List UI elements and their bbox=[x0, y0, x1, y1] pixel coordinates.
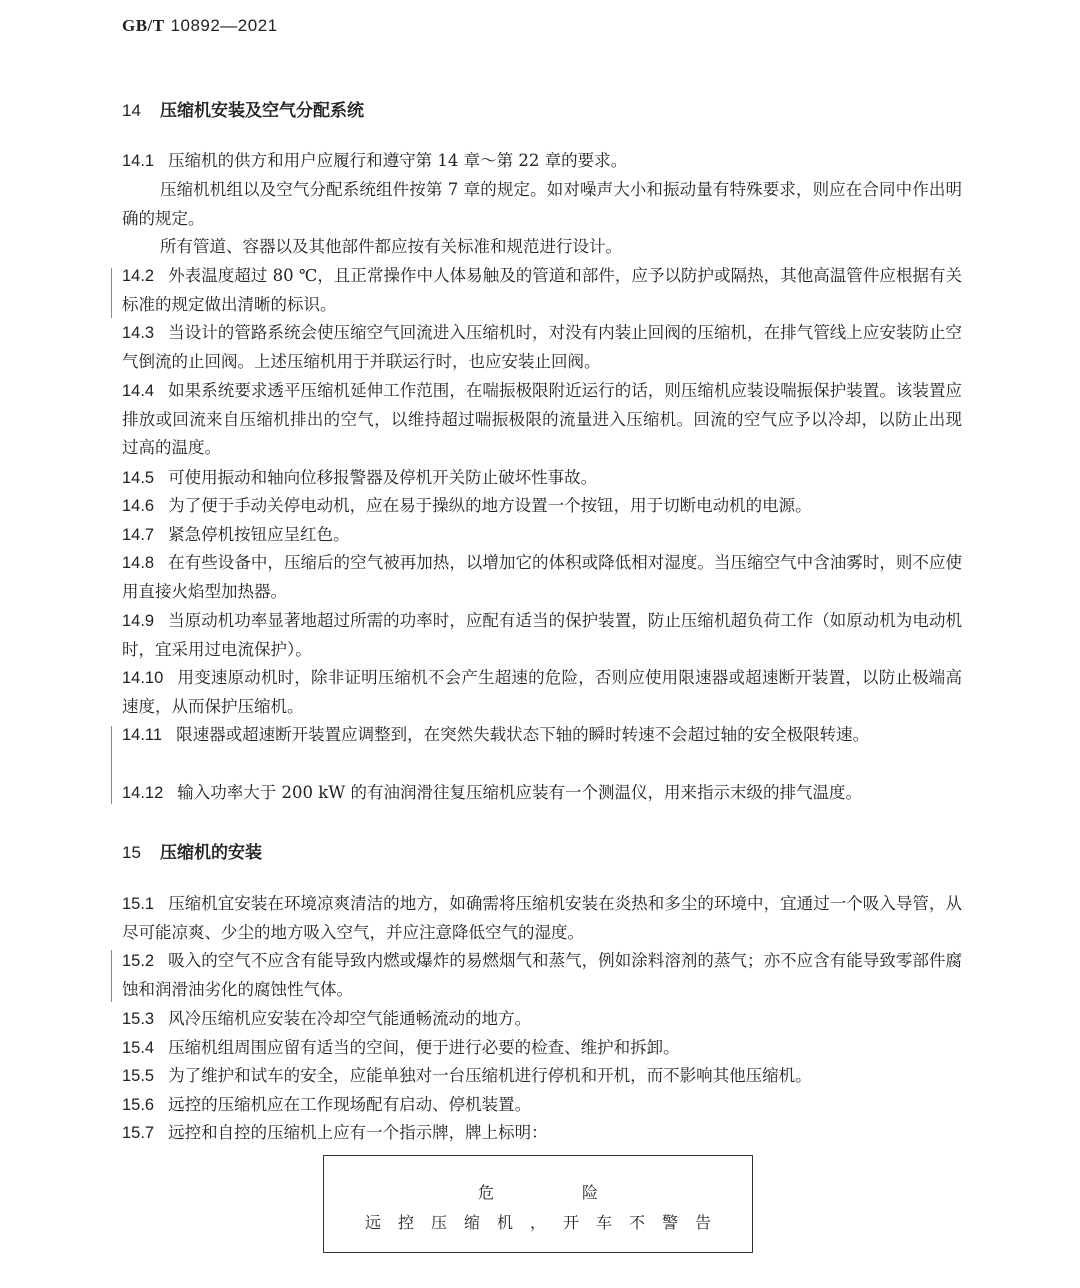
clause-15-5: 15.5为了维护和试车的安全，应能单独对一台压缩机进行停机和开机，而不影响其他压… bbox=[122, 1062, 962, 1091]
clause-14-9: 14.9当原动机功率显著地超过所需的功率时，应配有适当的保护装置，防止压缩机超负… bbox=[122, 607, 962, 664]
clause-15-1: 15.1压缩机宜安装在环境凉爽清洁的地方，如确需将压缩机安装在炎热和多尘的环境中… bbox=[122, 890, 962, 947]
clause-15-6: 15.6远控的压缩机应在工作现场配有启动、停机装置。 bbox=[122, 1091, 962, 1120]
clause-14-6: 14.6为了便于手动关停电动机，应在易于操纵的地方设置一个按钮，用于切断电动机的… bbox=[122, 492, 962, 521]
chapter-number: 14 bbox=[122, 101, 160, 121]
clause-14-1-para-3: 所有管道、容器以及其他部件都应按有关标准和规范进行设计。 bbox=[122, 233, 962, 262]
clause-14-3: 14.3当设计的管路系统会使压缩空气回流进入压缩机时，对没有内装止回阀的压缩机，… bbox=[122, 319, 962, 376]
warning-sign: 危险 远控压缩机，开车不警告 bbox=[323, 1155, 753, 1253]
chapter-15-heading: 15压缩机的安装 bbox=[122, 838, 262, 863]
document-header: GB/T 10892—2021 bbox=[122, 16, 278, 36]
chapter-14-heading: 14压缩机安装及空气分配系统 bbox=[122, 96, 364, 121]
clause-14-5: 14.5可使用振动和轴向位移报警器及停机开关防止破坏性事故。 bbox=[122, 464, 962, 493]
standard-number: 10892—2021 bbox=[171, 16, 278, 35]
clause-14-12: 14.12输入功率大于 200 kW 的有油润滑往复压缩机应装有一个测温仪，用来… bbox=[122, 779, 962, 808]
change-bar bbox=[111, 268, 112, 318]
clause-14-7: 14.7紧急停机按钮应呈红色。 bbox=[122, 521, 962, 550]
clause-15-4: 15.4压缩机组周围应留有适当的空间，便于进行必要的检查、维护和拆卸。 bbox=[122, 1034, 962, 1063]
clause-14-1: 14.1压缩机的供方和用户应履行和遵守第 14 章～第 22 章的要求。 bbox=[122, 147, 962, 176]
chapter-number: 15 bbox=[122, 843, 160, 863]
clause-14-1-para-2: 压缩机机组以及空气分配系统组件按第 7 章的规定。如对噪声大小和振动量有特殊要求… bbox=[122, 176, 962, 233]
clause-14-8: 14.8在有些设备中，压缩后的空气被再加热，以增加它的体积或降低相对湿度。当压缩… bbox=[122, 549, 962, 606]
chapter-title: 压缩机的安装 bbox=[160, 843, 262, 863]
clause-14-11: 14.11限速器或超速断开装置应调整到，在突然失载状态下轴的瞬时转速不会超过轴的… bbox=[122, 721, 962, 750]
standard-code: GB/T bbox=[122, 16, 165, 35]
clause-15-2: 15.2吸入的空气不应含有能导致内燃或爆炸的易燃烟气和蒸气，例如涂料溶剂的蒸气；… bbox=[122, 947, 962, 1004]
change-bar bbox=[111, 950, 112, 1002]
warning-sign-text: 远控压缩机，开车不警告 bbox=[324, 1210, 752, 1233]
warning-sign-title: 危险 bbox=[324, 1180, 752, 1203]
chapter-title: 压缩机安装及空气分配系统 bbox=[160, 101, 364, 121]
change-bar bbox=[111, 726, 112, 804]
clause-14-10: 14.10用变速原动机时，除非证明压缩机不会产生超速的危险，否则应使用限速器或超… bbox=[122, 664, 962, 721]
clause-14-2: 14.2外表温度超过 80 ℃，且正常操作中人体易触及的管道和部件，应予以防护或… bbox=[122, 262, 962, 319]
clause-15-7: 15.7远控和自控的压缩机上应有一个指示牌，牌上标明： bbox=[122, 1119, 962, 1148]
clause-15-3: 15.3风冷压缩机应安装在冷却空气能通畅流动的地方。 bbox=[122, 1005, 962, 1034]
clause-14-4: 14.4如果系统要求透平压缩机延伸工作范围，在喘振极限附近运行的话，则压缩机应装… bbox=[122, 377, 962, 463]
